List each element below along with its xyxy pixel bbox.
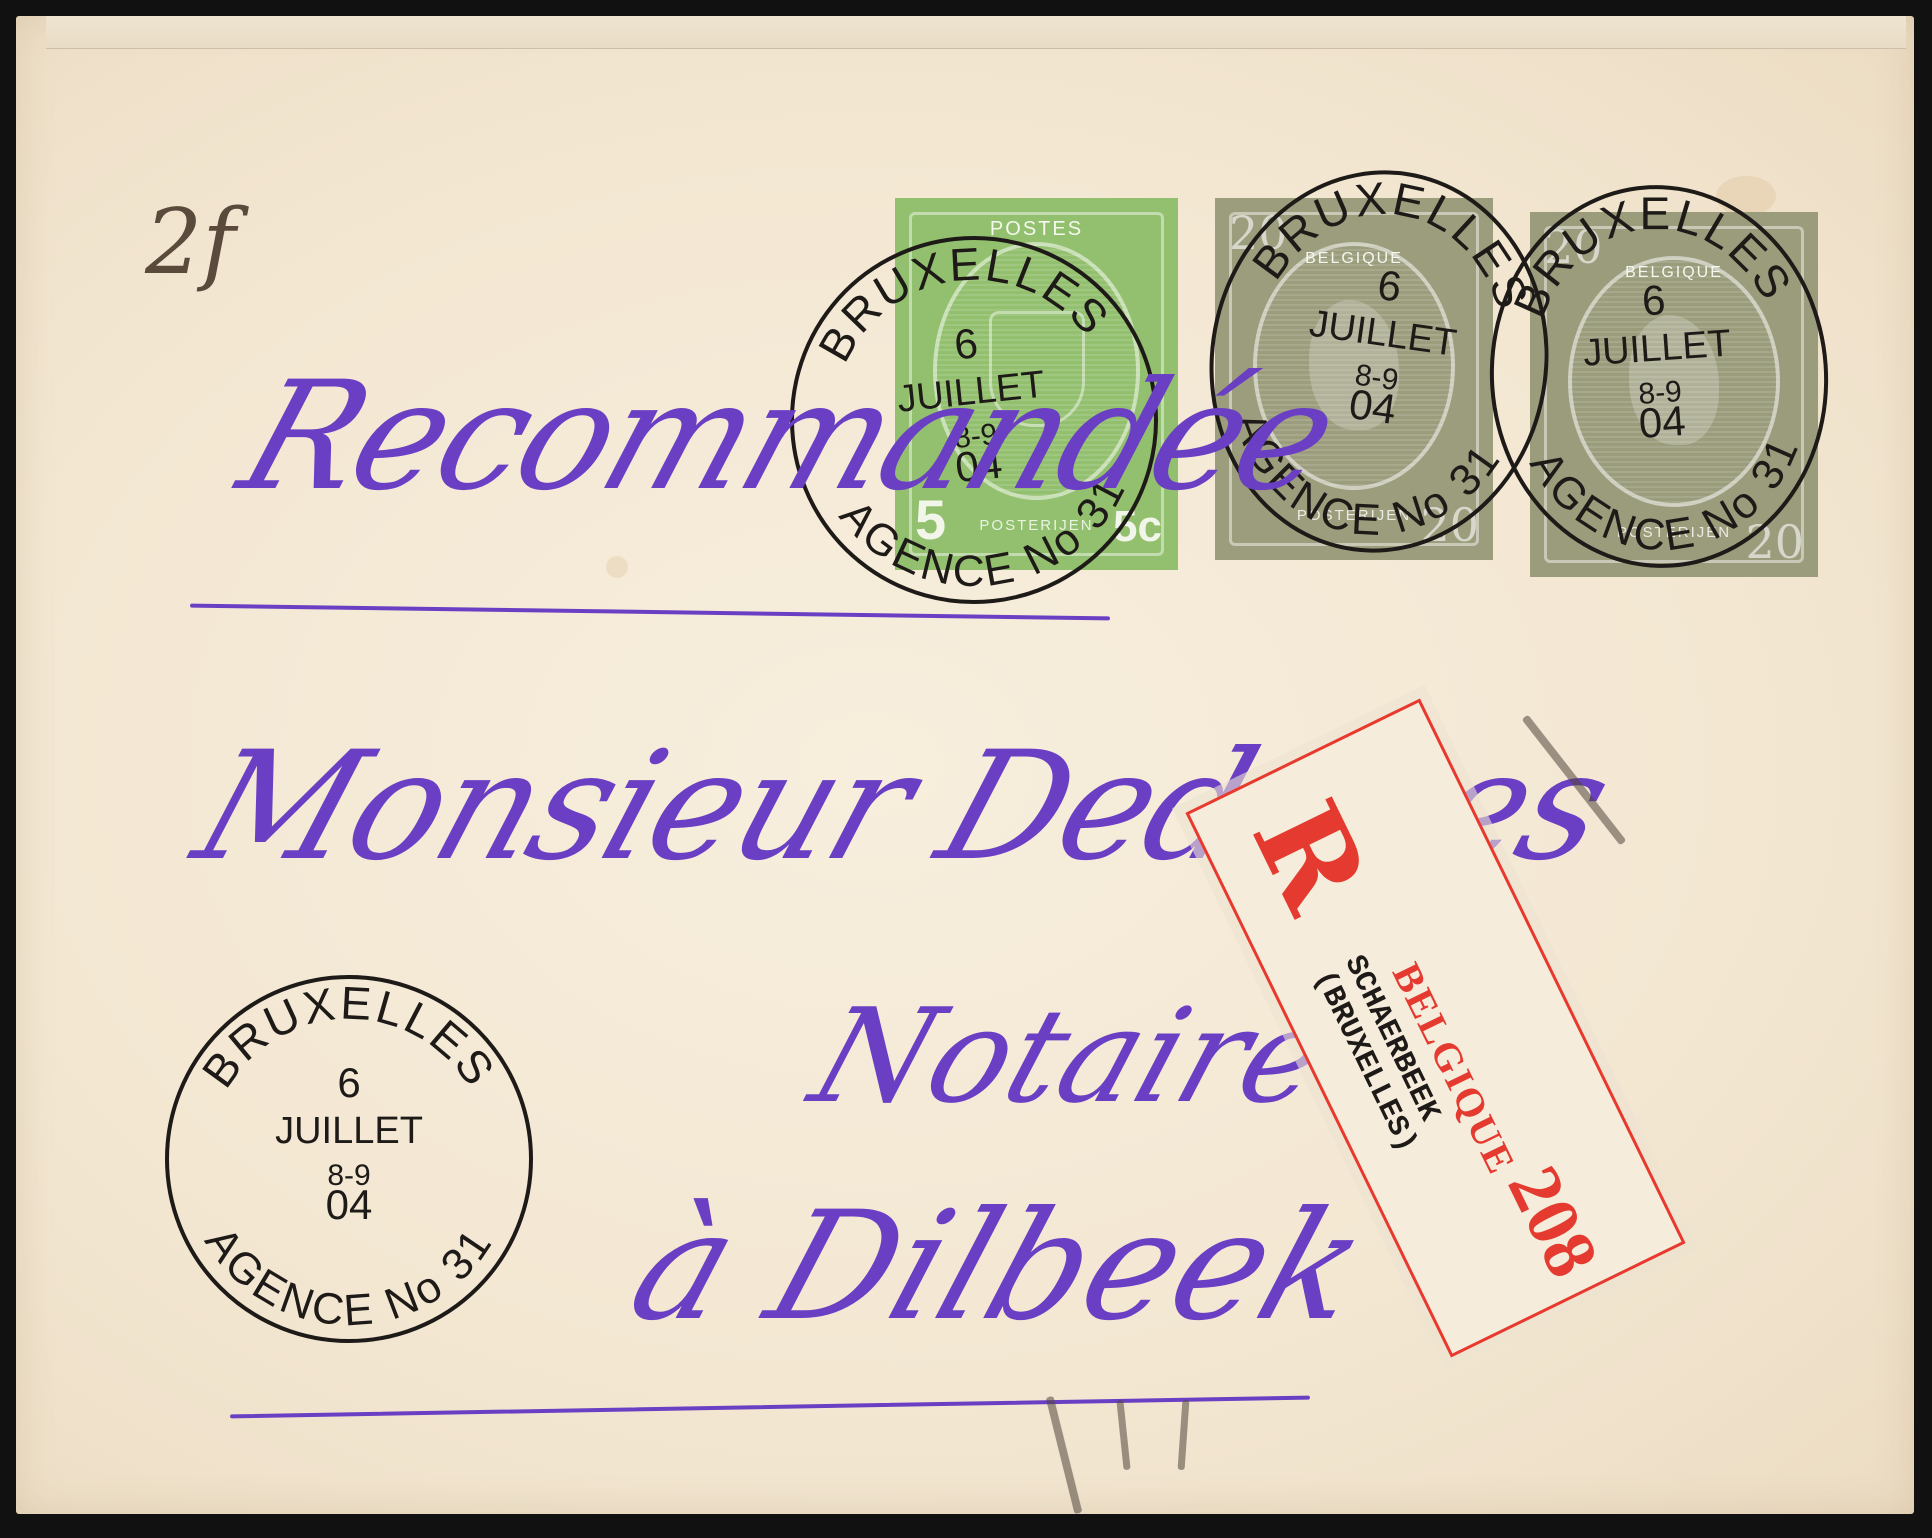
svg-text:04: 04 — [326, 1181, 373, 1228]
handwritten-title: Notaire — [795, 980, 1347, 1132]
handwritten-city: à Dilbeek — [612, 1180, 1386, 1354]
svg-text:JUILLET: JUILLET — [1582, 322, 1732, 374]
svg-text:04: 04 — [1637, 397, 1687, 447]
postmark: BRUXELLESAGENCE No 316JUILLET8-904 — [1477, 174, 1841, 580]
svg-text:6: 6 — [337, 1059, 360, 1106]
svg-text:JUILLET: JUILLET — [275, 1110, 423, 1152]
pencil-note: 2f — [145, 190, 236, 295]
registration-number: 208 — [1490, 1153, 1615, 1290]
svg-text:AGENCE No 31: AGENCE No 31 — [195, 1218, 502, 1335]
svg-text:04: 04 — [1346, 380, 1399, 433]
postmark: BRUXELLESAGENCE No 316JUILLET8-904 — [165, 975, 533, 1343]
registration-letter: R — [1225, 780, 1395, 931]
handwritten-service: Recommandée — [222, 350, 1355, 524]
svg-text:AGENCE No 31: AGENCE No 31 — [1519, 425, 1816, 570]
svg-text:6: 6 — [1640, 276, 1667, 325]
envelope-top-edge — [46, 16, 1906, 49]
svg-text:6: 6 — [1375, 261, 1405, 311]
paper-stain — [606, 556, 628, 578]
